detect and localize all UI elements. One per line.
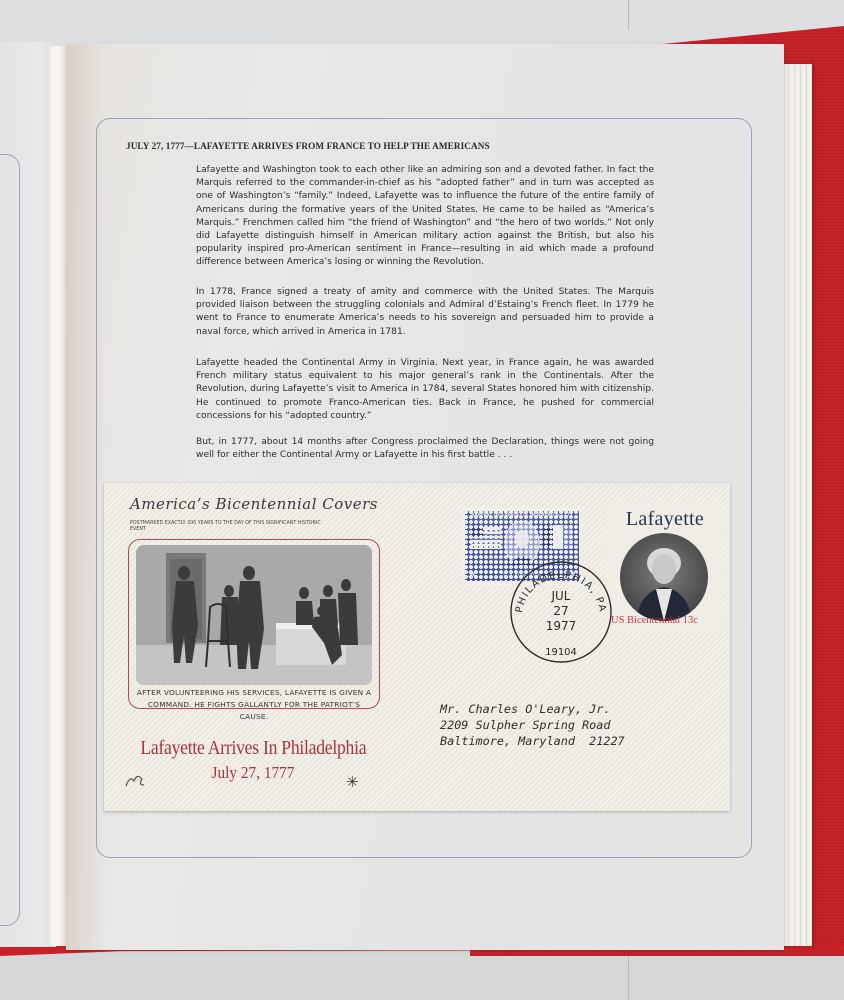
- tile-grout-line: [628, 0, 629, 30]
- stamp-lafayette-bicentennial-13c: Lafayette US Bicentennial 13c: [606, 503, 724, 631]
- paragraph-3: Lafayette headed the Continental Army in…: [196, 357, 654, 423]
- series-note: Postmarked exactly 200 years to the day …: [130, 521, 330, 533]
- artist-signature-icon: [124, 771, 146, 789]
- cachet-title: Lafayette Arrives In Philadelphia: [140, 737, 365, 760]
- postmark-month: JUL: [508, 589, 614, 604]
- address-line-1: Mr. Charles O'Leary, Jr.: [440, 701, 625, 717]
- stamp-2-caption: US Bicentennial 13c: [611, 615, 698, 626]
- previous-album-page[interactable]: [0, 42, 56, 947]
- cachet-caption: After volunteering his services, Lafayet…: [134, 687, 374, 723]
- postmark-year: 1977: [508, 619, 614, 634]
- paragraph-4: But, in 1777, about 14 months after Cong…: [196, 436, 654, 462]
- stamp-2-name: Lafayette: [606, 508, 724, 531]
- postmark-zip: 19104: [545, 647, 577, 658]
- cachet-engraving-image: [136, 545, 372, 685]
- postmark-day: 27: [508, 604, 614, 619]
- lafayette-portrait-icon: [620, 533, 708, 621]
- postmark-date: JUL 27 1977: [508, 589, 614, 634]
- first-day-cover-envelope[interactable]: America’s Bicentennial Covers Postmarked…: [104, 483, 730, 811]
- page-heading: JULY 27, 1777—LAFAYETTE ARRIVES FROM FRA…: [126, 141, 490, 151]
- series-title: America’s Bicentennial Covers: [130, 495, 378, 513]
- stamp-1-title: ARRIVAL OF LAFAYETTE IN AMERICA-1777: [465, 512, 579, 517]
- paragraph-2: In 1778, France signed a treaty of amity…: [196, 286, 654, 339]
- address-line-2: 2209 Sulpher Spring Road: [440, 717, 625, 733]
- paragraph-1: Lafayette and Washington took to each ot…: [196, 164, 654, 270]
- artcraft-star-icon: ✳: [346, 773, 359, 791]
- postmark-cancellation: PHILADELPHIA, PA 19104 JUL 27 1977: [508, 559, 614, 665]
- previous-page-frame: [0, 154, 20, 926]
- tile-grout-line: [628, 956, 629, 1000]
- cachet-date: July 27, 1777: [135, 763, 371, 783]
- address-line-3: Baltimore, Maryland 21227: [440, 733, 625, 749]
- page-spine-edge: [50, 46, 66, 946]
- recipient-address: Mr. Charles O'Leary, Jr.2209 Sulpher Spr…: [440, 701, 625, 749]
